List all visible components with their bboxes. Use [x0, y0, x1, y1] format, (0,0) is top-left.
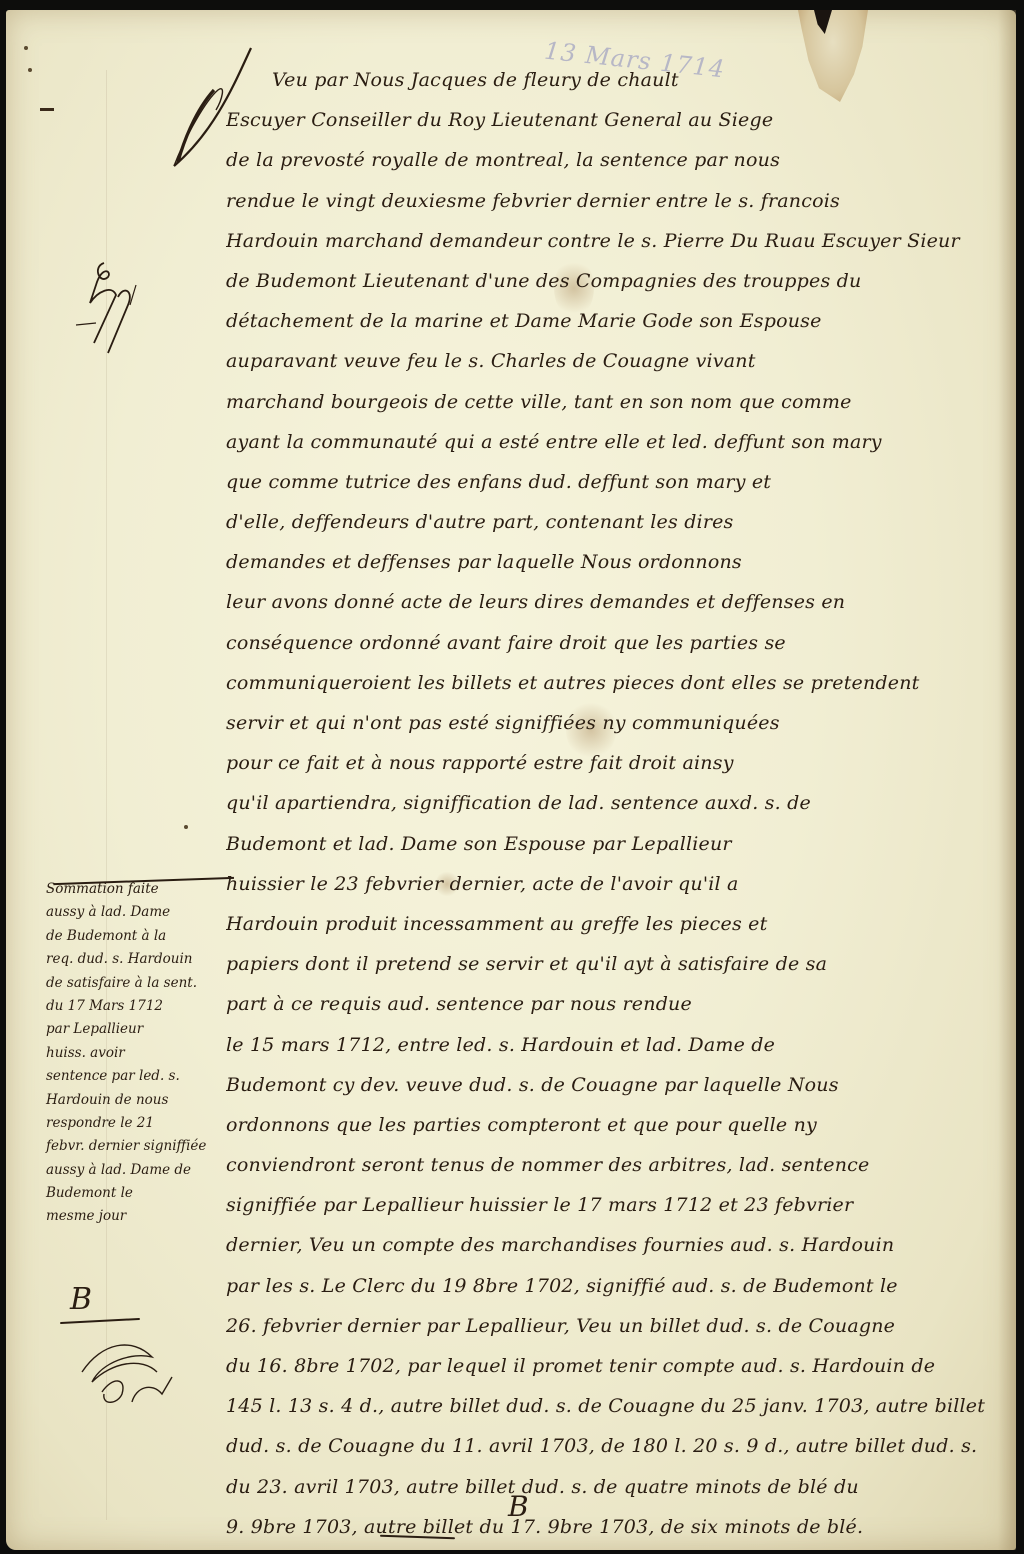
- body-line: papiers dont il pretend se servir et qu'…: [226, 944, 986, 984]
- body-line: rendue le vingt deuxiesme febvrier derni…: [226, 181, 986, 221]
- body-line: conséquence ordonné avant faire droit qu…: [226, 623, 986, 663]
- body-line: par les s. Le Clerc du 19 8bre 1702, sig…: [226, 1266, 986, 1306]
- document-body: Veu par Nous Jacques de fleury de chault…: [226, 60, 986, 1547]
- manuscript-page: 13 Mars 1714 Veu par Nous Jacques de fle…: [6, 10, 1016, 1550]
- body-line: Veu par Nous Jacques de fleury de chault: [226, 60, 986, 100]
- body-line: Hardouin produit incessamment au greffe …: [226, 904, 986, 944]
- body-line: ordonnons que les parties compteront et …: [226, 1105, 986, 1145]
- body-line: Escuyer Conseiller du Roy Lieutenant Gen…: [226, 100, 986, 140]
- margin-note-line: Budemont le: [46, 1182, 226, 1205]
- body-line: le 15 mars 1712, entre led. s. Hardouin …: [226, 1025, 986, 1065]
- body-line: communiqueroient les billets et autres p…: [226, 663, 986, 703]
- body-line: Budemont cy dev. veuve dud. s. de Couagn…: [226, 1065, 986, 1105]
- body-line: de Budemont Lieutenant d'une des Compagn…: [226, 261, 986, 301]
- body-line: signiffiée par Lepallieur huissier le 17…: [226, 1185, 986, 1225]
- body-line: 26. febvrier dernier par Lepallieur, Veu…: [226, 1306, 986, 1346]
- expedition-mark-icon: [56, 255, 156, 365]
- body-line: marchand bourgeois de cette ville, tant …: [226, 382, 986, 422]
- margin-note-line: du 17 Mars 1712: [46, 995, 226, 1018]
- body-line: demandes et deffenses par laquelle Nous …: [226, 542, 986, 582]
- body-line: 9. 9bre 1703, autre billet du 17. 9bre 1…: [226, 1507, 986, 1547]
- margin-mark: [28, 68, 32, 72]
- signature-flourish-icon: [72, 1332, 182, 1412]
- body-line: du 16. 8bre 1702, par lequel il promet t…: [226, 1346, 986, 1386]
- body-line: Hardouin marchand demandeur contre le s.…: [226, 221, 986, 261]
- bottom-paraph: B: [508, 1490, 529, 1523]
- margin-note-line: aussy à lad. Dame: [46, 901, 226, 924]
- margin-paraph: B: [70, 1282, 92, 1317]
- body-line: Budemont et lad. Dame son Espouse par Le…: [226, 824, 986, 864]
- body-line: du 23. avril 1703, autre billet dud. s. …: [226, 1467, 986, 1507]
- body-line: auparavant veuve feu le s. Charles de Co…: [226, 341, 986, 381]
- margin-mark: [24, 46, 28, 50]
- margin-note-line: de satisfaire à la sent.: [46, 972, 226, 995]
- margin-note-line: Hardouin de nous: [46, 1089, 226, 1112]
- margin-note-line: de Budemont à la: [46, 925, 226, 948]
- body-line: conviendront seront tenus de nommer des …: [226, 1145, 986, 1185]
- margin-note-line: Sommation faite: [46, 878, 226, 901]
- margin-note-line: huiss. avoir: [46, 1042, 226, 1065]
- margin-note-line: aussy à lad. Dame de: [46, 1159, 226, 1182]
- body-line: que comme tutrice des enfans dud. deffun…: [226, 462, 986, 502]
- body-line: huissier le 23 febvrier dernier, acte de…: [226, 864, 986, 904]
- body-line: qu'il apartiendra, signiffication de lad…: [226, 783, 986, 823]
- margin-note-line: mesme jour: [46, 1205, 226, 1228]
- margin-note-line: par Lepallieur: [46, 1018, 226, 1041]
- margin-note-line: febvr. dernier signiffiée: [46, 1135, 226, 1158]
- body-line: 145 l. 13 s. 4 d., autre billet dud. s. …: [226, 1386, 986, 1426]
- body-line: servir et qui n'ont pas esté signiffiées…: [226, 703, 986, 743]
- body-line: dernier, Veu un compte des marchandises …: [226, 1225, 986, 1265]
- body-line: dud. s. de Couagne du 11. avril 1703, de…: [226, 1426, 986, 1466]
- paraph-underline: [60, 1318, 140, 1324]
- margin-mark: [40, 108, 54, 111]
- body-line: part à ce requis aud. sentence par nous …: [226, 984, 986, 1024]
- margin-note-line: respondre le 21: [46, 1112, 226, 1135]
- body-line: leur avons donné acte de leurs dires dem…: [226, 582, 986, 622]
- body-line: pour ce fait et à nous rapporté estre fa…: [226, 743, 986, 783]
- margin-mark: [184, 825, 188, 829]
- margin-note-line: sentence par led. s.: [46, 1065, 226, 1088]
- body-line: détachement de la marine et Dame Marie G…: [226, 301, 986, 341]
- body-line: d'elle, deffendeurs d'autre part, conten…: [226, 502, 986, 542]
- margin-note-line: req. dud. s. Hardouin: [46, 948, 226, 971]
- margin-note: Sommation faite aussy à lad. Dame de Bud…: [46, 878, 226, 1229]
- body-line: de la prevosté royalle de montreal, la s…: [226, 140, 986, 180]
- body-line: ayant la communauté qui a esté entre ell…: [226, 422, 986, 462]
